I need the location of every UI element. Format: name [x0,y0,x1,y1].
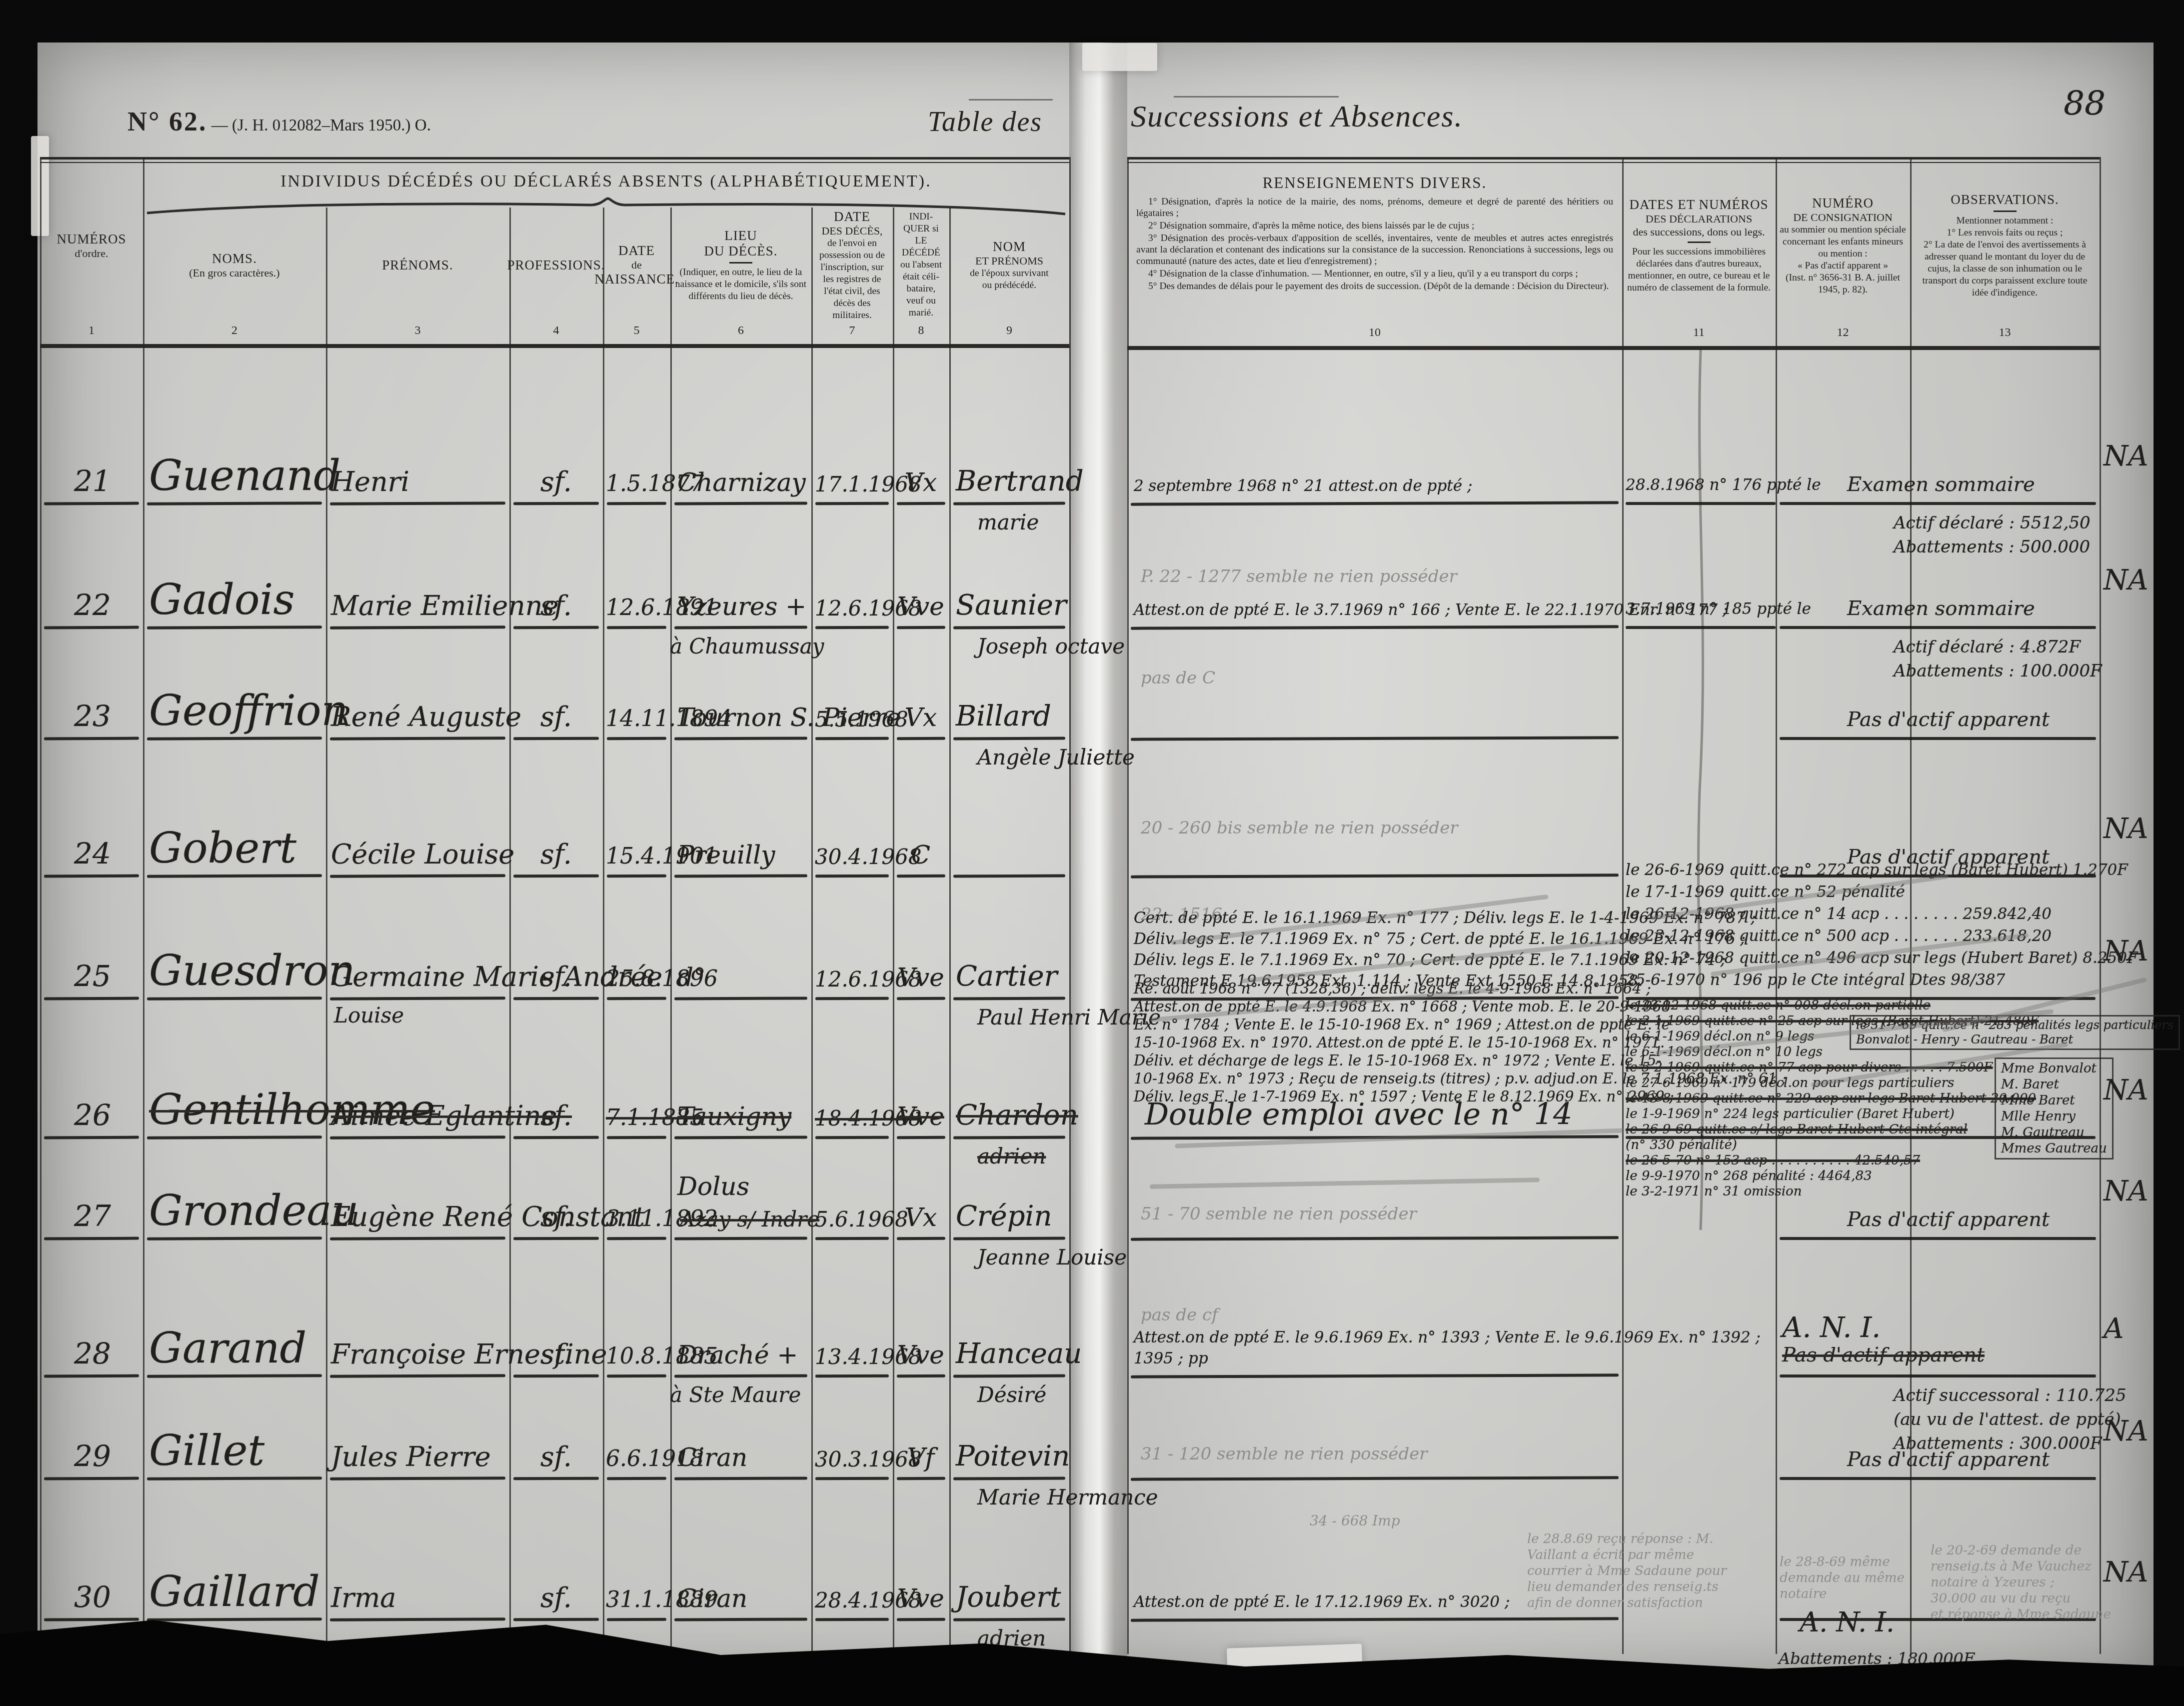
row-26-declaration-line: le 23-12-1968 quitt.ce n° 008 décl.on pa… [1626,998,1931,1013]
row-25-baseline-rule [897,997,945,1000]
row-27-lieu-complement: Azay s/ Indre [680,1207,819,1231]
table-vertical-rule [509,207,511,1654]
row-25-order-number: 25 [46,959,139,993]
column-header-line: NOMS. [212,251,257,266]
row-30-baseline-rule [513,1618,599,1621]
extra-note-line: M. Baret [2001,1076,2107,1092]
row-30-order-number: 30 [46,1580,139,1614]
row-30-extra-note: le 28-8-69 mêmedemande au mêmenotaire [1780,1554,1905,1602]
table-vertical-rule [40,157,41,1654]
row-30-renseignements-line: Attest.on de ppté E. le 17.12.1969 Ex. n… [1134,1593,1510,1611]
row-29-pencil-note: 31 - 120 semble ne rien posséder [1141,1444,1428,1464]
row-21-observation: Examen sommaire [1847,473,2035,496]
form-edition-reference: — (J. H. 012082–Mars 1950.) O. [211,116,431,134]
row-25-baseline-rule [674,996,807,1000]
row-25-conjoint-prenoms: Paul Henri Marie [977,1005,1161,1029]
row-21-prenoms: Henri [331,466,409,497]
column-header-line [1688,241,1711,243]
row-29-lieu-deces: Ciran [677,1443,747,1472]
row-29-baseline-rule [953,1477,1065,1480]
row-30-baseline-rule [674,1617,807,1621]
row-27-baseline-rule [607,1237,666,1240]
row-29-conjoint-nom: Poitevin [956,1440,1070,1472]
row-21-nom: Guenand [149,451,340,500]
row-25-prenoms-suite: Louise [334,1003,404,1027]
row-22-baseline-rule [44,626,139,629]
row-21-profession: sf. [515,466,597,497]
row-23-conjoint-nom: Billard [956,700,1051,732]
row-30-prenoms: Irma [331,1582,396,1613]
row-28-baseline-rule [1780,1374,2096,1377]
column-5-header: DATEdeNAISSANCE. [607,209,666,321]
column-header-line [729,262,752,263]
row-28-renseignements-line: 1395 ; pp [1134,1349,1208,1367]
row-28-lieu-deces: Draché + [677,1340,798,1369]
row-23-order-number: 23 [46,699,139,733]
table-horizontal-rule [1127,162,2100,163]
row-24-profession: sf. [515,838,597,870]
row-23-prenoms: René Auguste [331,701,521,732]
column-7-index: 7 [811,324,893,337]
row-27-observation: Pas d'actif apparent [1847,1208,2050,1231]
row-22-observation-detail: Actif déclaré : 4.872F [1894,637,2081,657]
page-title-right: Successions et Absences. [1131,99,1463,134]
column-header-line: (Indiquer, en outre, le lieu de la naiss… [674,266,807,302]
row-21-baseline-rule [674,501,807,505]
table-vertical-rule [1069,157,1071,1654]
column-2-header: NOMS.(En gros caractères.) [147,209,322,321]
row-27-conjoint-nom: Crépin [956,1200,1052,1232]
row-27-nom: Grondeau [149,1186,359,1235]
row-28-baseline-rule [897,1374,945,1377]
row-22-baseline-rule [815,626,889,629]
row-29-baseline-rule [897,1477,945,1480]
row-23-nom: Geoffrion [149,686,348,735]
row-28-order-number: 28 [46,1336,139,1370]
row-22-lieu-deces: Yzeures + [677,592,806,621]
row-26-declaration-line: le 9-9-1970 n° 268 pénalité : 4464,83 [1626,1168,1872,1183]
row-26-baseline-rule [44,1136,139,1139]
column-5-index: 5 [603,324,670,337]
table-horizontal-rule [40,162,1069,163]
row-22-baseline-rule [513,626,599,629]
row-29-baseline-rule [44,1477,139,1480]
row-30-baseline-rule [815,1618,889,1621]
column-6-index: 6 [670,324,811,337]
column-7-header: DATEDES DÉCÈS,de l'envoi en possession o… [815,209,889,321]
row-26-declaration-line: le 27-6-1969 n° 179 décl.on pour legs pa… [1626,1075,1954,1090]
row-23-baseline-rule [674,736,807,740]
row-24-pencil-note: 20 - 260 bis semble ne rien posséder [1141,818,1458,838]
column-10-index: 10 [1127,326,1622,339]
row-25-baseline-rule [953,997,1065,1000]
column-header-line: PROFESSIONS. [507,257,605,273]
row-27-baseline-rule [44,1237,139,1240]
column-header-line: Pour les successions immobilières déclar… [1626,246,1772,294]
column-header-line: de l'époux survivant [970,267,1048,279]
row-30-etat-civil: Vve [896,1584,946,1613]
row-23-baseline-rule [897,737,945,740]
column-9-header: NOMET PRÉNOMSde l'époux survivantou préd… [953,209,1065,321]
row-23-baseline-rule [1780,737,2096,740]
column-header-line: DE CONSIGNATION [1793,211,1893,224]
extra-note-line: notaire à Yzeures ; [1931,1574,2111,1590]
row-25-declaration-line: le 26-6-1969 quitt.ce n° 272 acp sur leg… [1626,861,2128,879]
row-26-extra-note: le 31-7-69 quitt.ce n° 283 pénalités leg… [1850,1015,2180,1050]
register-scan: N° 62. — (J. H. 012082–Mars 1950.) O. Ta… [0,0,2184,1706]
page-title-left: Table des [928,106,1042,138]
row-30-baseline-rule [607,1618,666,1621]
column-header-line: ET PRÉNOMS [975,254,1043,267]
extra-note-line: M. Gautreau [2001,1124,2107,1140]
table-horizontal-rule [1127,346,2100,350]
row-29-etat-civil: Vf [896,1443,946,1472]
row-28-renseignements-line: Attest.on de ppté E. le 9.6.1969 Ex. n° … [1134,1328,1761,1346]
form-reference: N° 62. — (J. H. 012082–Mars 1950.) O. [127,106,431,137]
row-26-baseline-rule [674,1135,807,1139]
extra-note-line: et réponse à Mme Sadaune [1931,1606,2111,1622]
row-27-baseline-rule [1780,1237,2096,1240]
extra-note-line: 34 - 668 Imp [1310,1512,1400,1529]
table-vertical-rule [1622,157,1624,1654]
row-26-declaration-line: le 26-5-70 n° 153 acp . . . . . . . . . … [1626,1153,1920,1168]
column-header-line: ou l'absent était céli- bataire, veuf ou… [897,259,945,319]
row-22-baseline-rule [674,625,807,629]
row-26-renseignements-line: Ex. n° 1784 ; Vente E. le 15-10-1968 Ex.… [1134,1016,1670,1033]
row-30-nom: Gaillard [149,1567,320,1616]
row-26-lieu-deces: Tauxigny [677,1102,791,1131]
row-21-conjoint-prenoms: marie [977,510,1039,534]
row-30-baseline-rule [953,1618,1065,1621]
column-header-line: NUMÉROS [56,231,126,247]
table-horizontal-rule [1127,157,2100,159]
column-header-line: NUMÉRO [1812,195,1874,211]
row-24-baseline-rule [607,874,666,878]
title-dash [969,99,1053,100]
column-header-line: DATE [618,243,655,258]
row-24-baseline-rule [513,874,599,878]
column-10-header-notes: 1° Désignation, d'après la notice de la … [1136,196,1613,293]
row-27-prenoms: Eugène René Constant [331,1201,645,1232]
column-header-line: DES DÉCÈS, [821,224,882,237]
row-21-baseline-rule [953,502,1065,505]
extra-note-line: Mmes Gautreau [2001,1140,2107,1156]
row-28-lieu-complement: à Ste Maure [670,1382,801,1407]
row-21-margin-mark: NA [2104,440,2148,472]
row-24-prenoms: Cécile Louise [331,838,514,870]
column-6-header: LIEUDU DÉCÈS.(Indiquer, en outre, le lie… [674,209,807,321]
row-23-baseline-rule [815,737,889,740]
column-8-index: 8 [893,324,949,337]
row-28-pencil-note: pas de cf [1141,1305,1218,1325]
row-23-baseline-rule [953,737,1065,740]
column-header-line: (Inst. n° 3656-31 B. A. juillet 1945, p.… [1780,272,1906,296]
column-10-header: RENSEIGNEMENTS DIVERS. [1127,174,1622,192]
row-22-lieu-complement: à Chaumussay [670,634,824,658]
row-28-baseline-rule [607,1374,666,1378]
row-24-margin-mark: NA [2104,812,2148,845]
column-11-index: 11 [1622,326,1776,339]
row-29-baseline-rule [607,1477,666,1480]
column-header-line: (En gros caractères.) [189,266,279,279]
column-header-line: DATE [834,209,870,224]
row-28-conjoint-nom: Hanceau [956,1337,1082,1370]
row-23-etat-civil: Vx [896,703,946,732]
row-30-margin-mark: NA [2104,1556,2148,1588]
row-28-baseline-rule [953,1374,1065,1378]
table-vertical-rule [949,207,951,1654]
row-21-observation-detail: Actif déclaré : 5512,50 [1894,513,2091,533]
column-header-line: DES DÉCLARATIONS [1646,212,1752,225]
row-21-baseline-rule [607,502,666,505]
row-29-order-number: 29 [46,1439,139,1473]
row-27-baseline-rule [953,1237,1065,1240]
row-23-observation: Pas d'actif apparent [1847,708,2050,731]
row-21-declaration-line: 28.8.1968 n° 176 ppté le [1626,476,1821,494]
column-header-line: de l'envoi en possession ou de l'inscrip… [815,237,889,321]
row-28-conjoint-prenoms: Désiré [977,1382,1046,1407]
column-3-header: PRÉNOMS. [330,209,505,321]
row-25-margin-mark: NA [2104,935,2148,967]
row-27-baseline-rule [815,1237,889,1240]
column-note: 2° Désignation sommaire, d'après la même… [1136,220,1613,231]
column-1-header: NUMÉROSd'ordre. [44,170,139,321]
column-note: 5° Des demandes de délais pour le payeme… [1136,280,1613,292]
row-26-declaration-line: le 26-9-69 quitt.ce s/ legs Baret-Hubert… [1626,1122,1968,1137]
row-29-baseline-rule [674,1476,807,1480]
row-30-extra-note: 34 - 668 Imp [1310,1512,1400,1529]
row-24-etat-civil: C [896,840,946,869]
column-header-line: INDI- QUER si [897,211,945,235]
column-13-header: OBSERVATIONS.Mentionner notamment :1° Le… [1914,170,2096,321]
extra-note-line: lieu demander des renseig.ts [1527,1579,1727,1595]
column-header-line: DATES ET NUMÉROS [1629,197,1768,212]
row-21-baseline-rule [815,502,889,505]
row-30-extra-note: A. N. I. [1800,1606,1895,1639]
row-26-baseline-rule [513,1136,599,1139]
column-header-line: LIEU [724,228,757,243]
column-12-header: NUMÉRODE CONSIGNATIONau sommier ou menti… [1780,170,1906,321]
row-25-declaration-line: 25-6-1970 n° 196 pp le Cte intégral Dtes… [1626,971,2005,989]
row-27-order-number: 27 [46,1199,139,1233]
column-2-index: 2 [143,324,326,337]
row-26-conjoint-nom: Chardon [956,1099,1078,1131]
column-4-header: PROFESSIONS. [513,209,599,321]
row-21-baseline-rule [1780,502,2096,505]
row-22-baseline-rule [607,626,666,629]
row-26-declaration-line: le 6-1-1969 décl.on n° 9 legs [1626,1029,1814,1044]
row-26-etat-civil: Vve [896,1102,946,1131]
row-25-profession: sf. [515,961,597,992]
row-25-baseline-rule [815,997,889,1000]
row-28-baseline-rule [44,1374,139,1378]
column-header-line: ou prédécédé. [982,279,1036,291]
column-header-line: PRÉNOMS. [382,257,453,273]
row-25-baseline-rule [513,997,599,1000]
row-28-baseline-rule [674,1374,807,1377]
column-3-index: 3 [326,324,509,337]
column-header-line: au sommier ou mention spéciale concernan… [1780,224,1906,260]
row-22-pencil-note: P. 22 - 1277 semble ne rien posséder [1141,566,1457,586]
row-29-baseline-rule [513,1477,599,1480]
page-gutter-fold [1069,42,1127,1676]
row-28-nom: Garand [149,1323,306,1372]
row-24-baseline-rule [44,874,139,878]
row-26-profession: sf. [515,1100,597,1131]
row-26-renseignements-line: Ré. août 1968 n° 77 (1328,36) ; déliv. l… [1134,980,1651,997]
row-22-baseline-rule [897,626,945,629]
page-number: 88 [2064,84,2106,122]
row-23-conjoint-prenoms: Angèle Juliette [977,745,1135,769]
row-30-extra-note: le 28.8.69 reçu réponse : M.Vaillant a é… [1527,1531,1727,1611]
row-28-consignation-line: A. N. I. [1782,1311,1881,1344]
row-28-observation-detail: (au vu de l'attest. de ppté) [1894,1409,2121,1429]
table-horizontal-rule [40,344,1069,348]
extra-note-line: le 28-8-69 même [1780,1554,1905,1570]
row-28-baseline-rule [815,1374,889,1378]
column-header-line: des successions, dons ou legs. [1633,225,1765,238]
row-23-profession: sf. [515,701,597,732]
row-26-baseline-rule [953,1136,1065,1139]
row-27-conjoint-prenoms: Jeanne Louise [977,1245,1127,1269]
row-26-declaration-line: (n° 330 pénalité) [1626,1137,1737,1152]
row-22-conjoint-nom: Saunier [956,589,1067,621]
row-26-renseignements-mention: Double emploi avec le n° 14 [1145,1097,1572,1132]
row-21-renseignements-line: 2 septembre 1968 n° 21 attest.on de ppté… [1134,477,1472,495]
column-note: 1° Désignation, d'après la notice de la … [1136,196,1613,219]
row-26-margin-mark: NA [2104,1074,2148,1106]
column-9-index: 9 [949,324,1069,337]
row-21-lieu-deces: Charnizay [677,468,806,497]
table-group-header: INDIVIDUS DÉCÉDÉS OU DÉCLARÉS ABSENTS (A… [143,172,1069,191]
row-26-declaration-line: le 1-9-1969 n° 224 legs particulier (Bar… [1626,1106,1955,1121]
row-25-lieu-deces: d° [677,963,706,992]
column-4-index: 4 [509,324,603,337]
extra-note-line: A. N. I. [1800,1606,1895,1639]
extra-note-line: notaire [1780,1586,1905,1602]
row-26-extra-note: Mme BonvalotM. BaretMme BaretMlle HenryM… [1995,1057,2114,1159]
row-23-pencil-note: pas de C [1141,668,1215,688]
row-25-conjoint-nom: Cartier [956,960,1057,992]
row-22-margin-mark: NA [2104,564,2148,596]
row-26-baseline-rule [815,1136,889,1139]
title-dash [1174,96,1339,97]
column-8-header: INDI- QUER siLE DÉCÉDÉou l'absent était … [897,209,945,321]
row-26-order-number: 26 [46,1098,139,1132]
column-header-line: Mentionner notamment : [1957,215,2054,227]
extra-note-line: renseig.ts à Me Vauchez [1931,1558,2111,1574]
row-22-baseline-rule [1780,626,2096,629]
column-header-line: NAISSANCE. [594,271,678,287]
extra-note-line: le 20-2-69 demande de [1931,1542,2111,1558]
row-22-observation-detail: Abattements : 100.000F [1894,661,2102,681]
row-25-baseline-rule [607,997,666,1000]
row-27-pencil-note: 51 - 70 semble ne rien posséder [1141,1204,1417,1224]
row-29-prenoms: Jules Pierre [331,1441,491,1472]
extra-note-line: Mme Bonvalot [2001,1060,2107,1076]
form-number: N° 62. [127,106,207,136]
table-vertical-rule [811,207,813,1654]
row-21-conjoint-nom: Bertrand [956,465,1084,497]
column-header-line: 1° Les renvois faits ou reçus ; [1947,227,2063,239]
row-24-nom: Gobert [149,823,296,872]
row-26-declaration-line: le 3-2-1971 n° 31 omission [1626,1184,1802,1199]
row-21-etat-civil: Vx [896,468,946,497]
row-24-lieu-deces: Preuilly [677,840,775,869]
row-26-baseline-rule [607,1136,666,1139]
column-1-index: 1 [40,324,143,337]
row-30-lieu-deces: Ciran [677,1584,747,1613]
extra-note-line: le 28.8.69 reçu réponse : M. [1527,1531,1727,1547]
tape-fragment [1082,43,1157,71]
row-27-date-deces: 5.6.1968 [815,1207,908,1231]
row-25-nom: Guesdron [149,946,355,995]
extra-note-line: courrier à Mme Sadaune pour [1527,1563,1727,1579]
row-25-etat-civil: Vve [896,963,946,992]
row-23-baseline-rule [44,737,139,740]
row-27-etat-civil: Vx [896,1203,946,1232]
row-21-observation-detail: Abattements : 500.000 [1894,537,2090,557]
column-header-line: « Pas d'actif apparent » [1798,260,1888,272]
table-vertical-rule [893,207,894,1654]
row-29-profession: sf. [515,1441,597,1472]
row-22-etat-civil: Vve [896,592,946,621]
column-11-header: DATES ET NUMÉROSDES DÉCLARATIONSdes succ… [1626,170,1772,321]
row-27-margin-mark: NA [2104,1175,2148,1207]
column-12-index: 12 [1776,326,1910,339]
row-27-baseline-rule [674,1236,807,1240]
row-24-baseline-rule [897,874,945,877]
row-25-baseline-rule [44,997,139,1000]
column-header-line: 2° La date de l'envoi des avertissements… [1914,239,2096,299]
row-30-baseline-rule [897,1618,945,1621]
extra-note-line: afin de donner satisfaction [1527,1595,1727,1611]
row-28-baseline-rule [513,1374,599,1378]
row-30-conjoint-nom: Joubert [956,1581,1061,1613]
row-21-order-number: 21 [46,464,139,498]
column-13-index: 13 [1910,326,2100,339]
row-23-baseline-rule [607,737,666,740]
row-29-margin-mark: NA [2104,1415,2148,1447]
row-30-baseline-rule [44,1618,139,1621]
row-29-observation: Pas d'actif apparent [1847,1448,2050,1471]
row-28-observation-detail: Actif successoral : 110.725 [1894,1385,2127,1405]
row-24-baseline-rule [815,874,889,878]
row-26-conjoint-prenoms: adrien [977,1144,1046,1168]
row-30-profession: sf. [515,1582,597,1613]
column-header-line: DU DÉCÈS. [704,243,777,259]
row-29-baseline-rule [1780,1477,2096,1480]
column-note: 3° Désignation des procès-verbaux d'appo… [1136,232,1613,267]
row-27-lieu-deces: Dolus [677,1172,749,1201]
row-27-baseline-rule [513,1237,599,1240]
column-header-line [1994,210,2017,212]
column-note: 4° Désignation de la classe d'inhumation… [1136,268,1613,279]
row-22-order-number: 22 [46,588,139,622]
table-vertical-rule [670,207,672,1654]
row-22-declaration-line: 3.7.1969 n° 185 ppté le [1626,600,1811,618]
column-header-line: d'ordre. [75,247,108,260]
row-24-order-number: 24 [46,836,139,870]
row-27-profession: sf. [515,1201,597,1232]
row-26-declaration-line: le 13-8-1969 quitt.ce n° 229 acp sur leg… [1626,1091,2036,1106]
row-26-renseignements-line: 15-10-1968 Ex. n° 1970. Attest.on de ppt… [1134,1034,1665,1051]
row-22-conjoint-prenoms: Joseph octave [977,634,1125,658]
column-header-line: de [631,258,642,271]
extra-note-line: 30.000 au vu du reçu [1931,1590,2111,1606]
row-22-baseline-rule [1626,626,1776,629]
table-vertical-rule [326,207,327,1654]
